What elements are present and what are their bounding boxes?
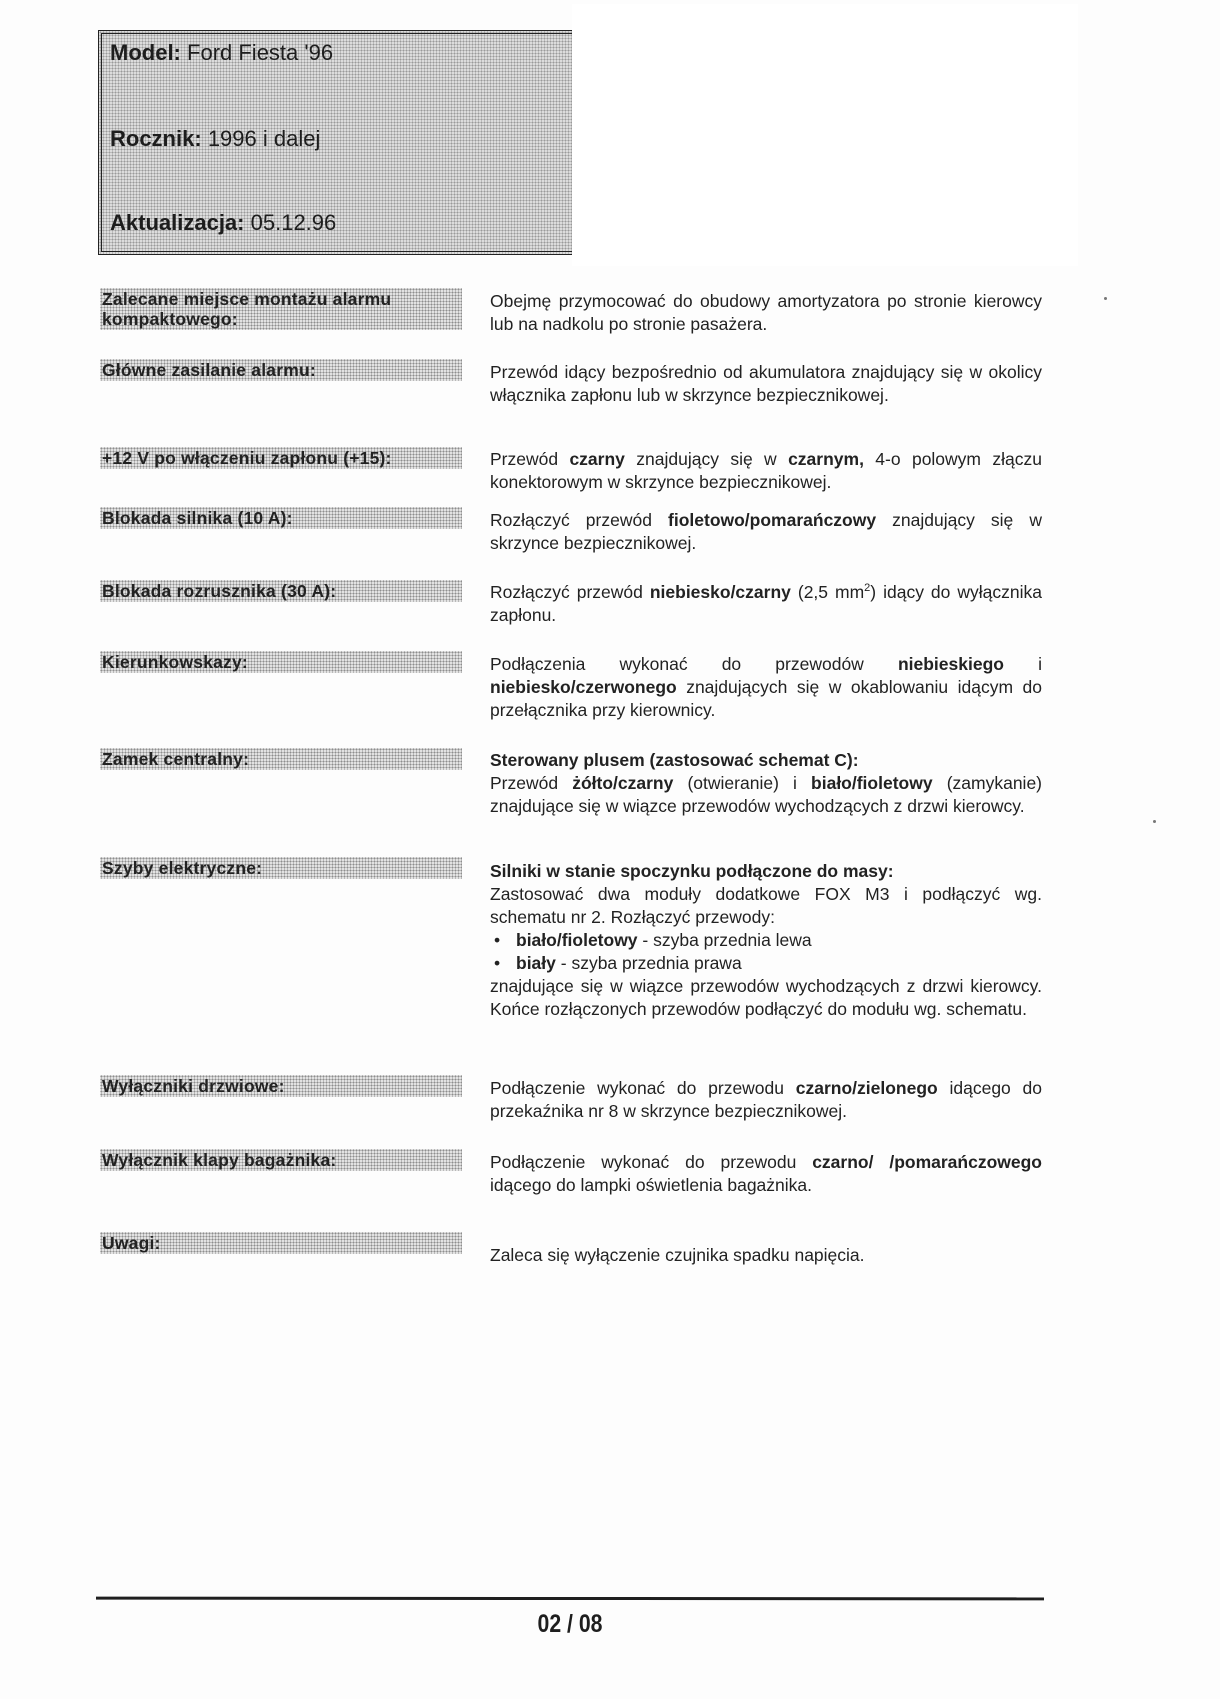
text: idącego do lampki oświetlenia bagażnika. xyxy=(490,1175,812,1195)
wire-list: biało/fioletowy - szyba przednia lewa bi… xyxy=(490,929,1042,975)
wire-color: niebieskiego xyxy=(898,654,1004,674)
page-number: 02 / 08 xyxy=(528,1610,613,1639)
label-notes: Uwagi: xyxy=(100,1232,462,1254)
year-value: 1996 i dalej xyxy=(208,126,321,151)
intro-text: Zastosować dwa moduły dodatkowe FOX M3 i… xyxy=(490,884,1042,927)
label-main-power: Główne zasilanie alarmu: xyxy=(100,359,462,381)
year-label: Rocznik: xyxy=(110,126,202,151)
wire-color: biały xyxy=(516,953,556,973)
value-main-power: Przewód idący bezpośrednio od akumulator… xyxy=(490,361,1042,407)
subhead: Silniki w stanie spoczynku podłączone do… xyxy=(490,860,1042,883)
label-engine-block: Blokada silnika (10 A): xyxy=(100,507,462,529)
model-value: Ford Fiesta '96 xyxy=(187,40,333,65)
subhead: Sterowany plusem (zastosować schemat C): xyxy=(490,749,1042,772)
wire-color: czarno/zielonego xyxy=(796,1078,938,1098)
value-mount-location: Obejmę przymocować do obudowy amortyzato… xyxy=(490,290,1042,336)
text: (otwieranie) i xyxy=(673,773,811,793)
text: Podłączenie wykonać do przewodu xyxy=(490,1078,796,1098)
value-trunk-switch: Podłączenie wykonać do przewodu czarno/ … xyxy=(490,1151,1042,1197)
text: Podłączenia wykonać do przewodów xyxy=(490,654,898,674)
header-box: Model: Ford Fiesta '96 Rocznik: 1996 i d… xyxy=(98,30,578,255)
text: Podłączenie wykonać do przewodu xyxy=(490,1152,812,1172)
text: znajdujący się w xyxy=(625,449,788,469)
scan-speck xyxy=(1153,820,1156,823)
label-central-lock: Zamek centralny: xyxy=(100,748,462,770)
value-power-windows: Silniki w stanie spoczynku podłączone do… xyxy=(490,860,1042,1021)
label-turn-signals: Kierunkowskazy: xyxy=(100,651,462,673)
update-value: 05.12.96 xyxy=(251,210,337,235)
value-turn-signals: Podłączenia wykonać do przewodów niebies… xyxy=(490,653,1042,722)
text: i xyxy=(1004,654,1042,674)
model-label: Model: xyxy=(110,40,181,65)
wire-color: niebiesko/czerwonego xyxy=(490,677,677,697)
wire-color: biało/fioletowy xyxy=(811,773,933,793)
header-year: Rocznik: 1996 i dalej xyxy=(110,126,320,152)
value-starter-block: Rozłączyć przewód niebiesko/czarny (2,5 … xyxy=(490,581,1042,627)
label-mount-location: Zalecane miejsce montażu alarmu kompakto… xyxy=(100,288,462,330)
text: Przewód xyxy=(490,449,569,469)
label-ignition-plus: +12 V po włączeniu zapłonu (+15): xyxy=(100,447,462,469)
wire-color: żółto/czarny xyxy=(572,773,673,793)
text: Rozłączyć przewód xyxy=(490,582,650,602)
text: - szyba przednia prawa xyxy=(556,953,742,973)
value-notes: Zaleca się wyłączenie czujnika spadku na… xyxy=(490,1244,1042,1267)
wire-color: fioletowo/pomarańczowy xyxy=(668,510,876,530)
label-starter-block: Blokada rozrusznika (30 A): xyxy=(100,580,462,602)
header-update: Aktualizacja: 05.12.96 xyxy=(110,210,336,236)
scan-speck xyxy=(1104,297,1107,300)
wire-color: czarnym, xyxy=(788,449,864,469)
text: Rozłączyć przewód xyxy=(490,510,668,530)
white-overlay xyxy=(572,4,1078,266)
text: Przewód xyxy=(490,773,572,793)
header-model: Model: Ford Fiesta '96 xyxy=(110,40,333,66)
value-engine-block: Rozłączyć przewód fioletowo/pomarańczowy… xyxy=(490,509,1042,555)
list-item: biały - szyba przednia prawa xyxy=(516,952,1042,975)
wire-color: niebiesko/czarny xyxy=(650,582,791,602)
list-item: biało/fioletowy - szyba przednia lewa xyxy=(516,929,1042,952)
label-trunk-switch: Wyłącznik klapy bagażnika: xyxy=(100,1149,462,1171)
text: (2,5 mm xyxy=(791,582,864,602)
wire-color: czarny xyxy=(569,449,624,469)
text: - szyba przednia lewa xyxy=(638,930,812,950)
value-central-lock: Sterowany plusem (zastosować schemat C):… xyxy=(490,749,1042,818)
label-door-switches: Wyłączniki drzwiowe: xyxy=(100,1075,462,1097)
value-ignition-plus: Przewód czarny znajdujący się w czarnym,… xyxy=(490,448,1042,494)
wire-color: czarno/ /pomarańczowego xyxy=(812,1152,1042,1172)
value-door-switches: Podłączenie wykonać do przewodu czarno/z… xyxy=(490,1077,1042,1123)
label-power-windows: Szyby elektryczne: xyxy=(100,857,462,879)
wire-color: biało/fioletowy xyxy=(516,930,638,950)
outro-text: znajdujące się w wiązce przewodów wychod… xyxy=(490,976,1042,1019)
update-label: Aktualizacja: xyxy=(110,210,245,235)
